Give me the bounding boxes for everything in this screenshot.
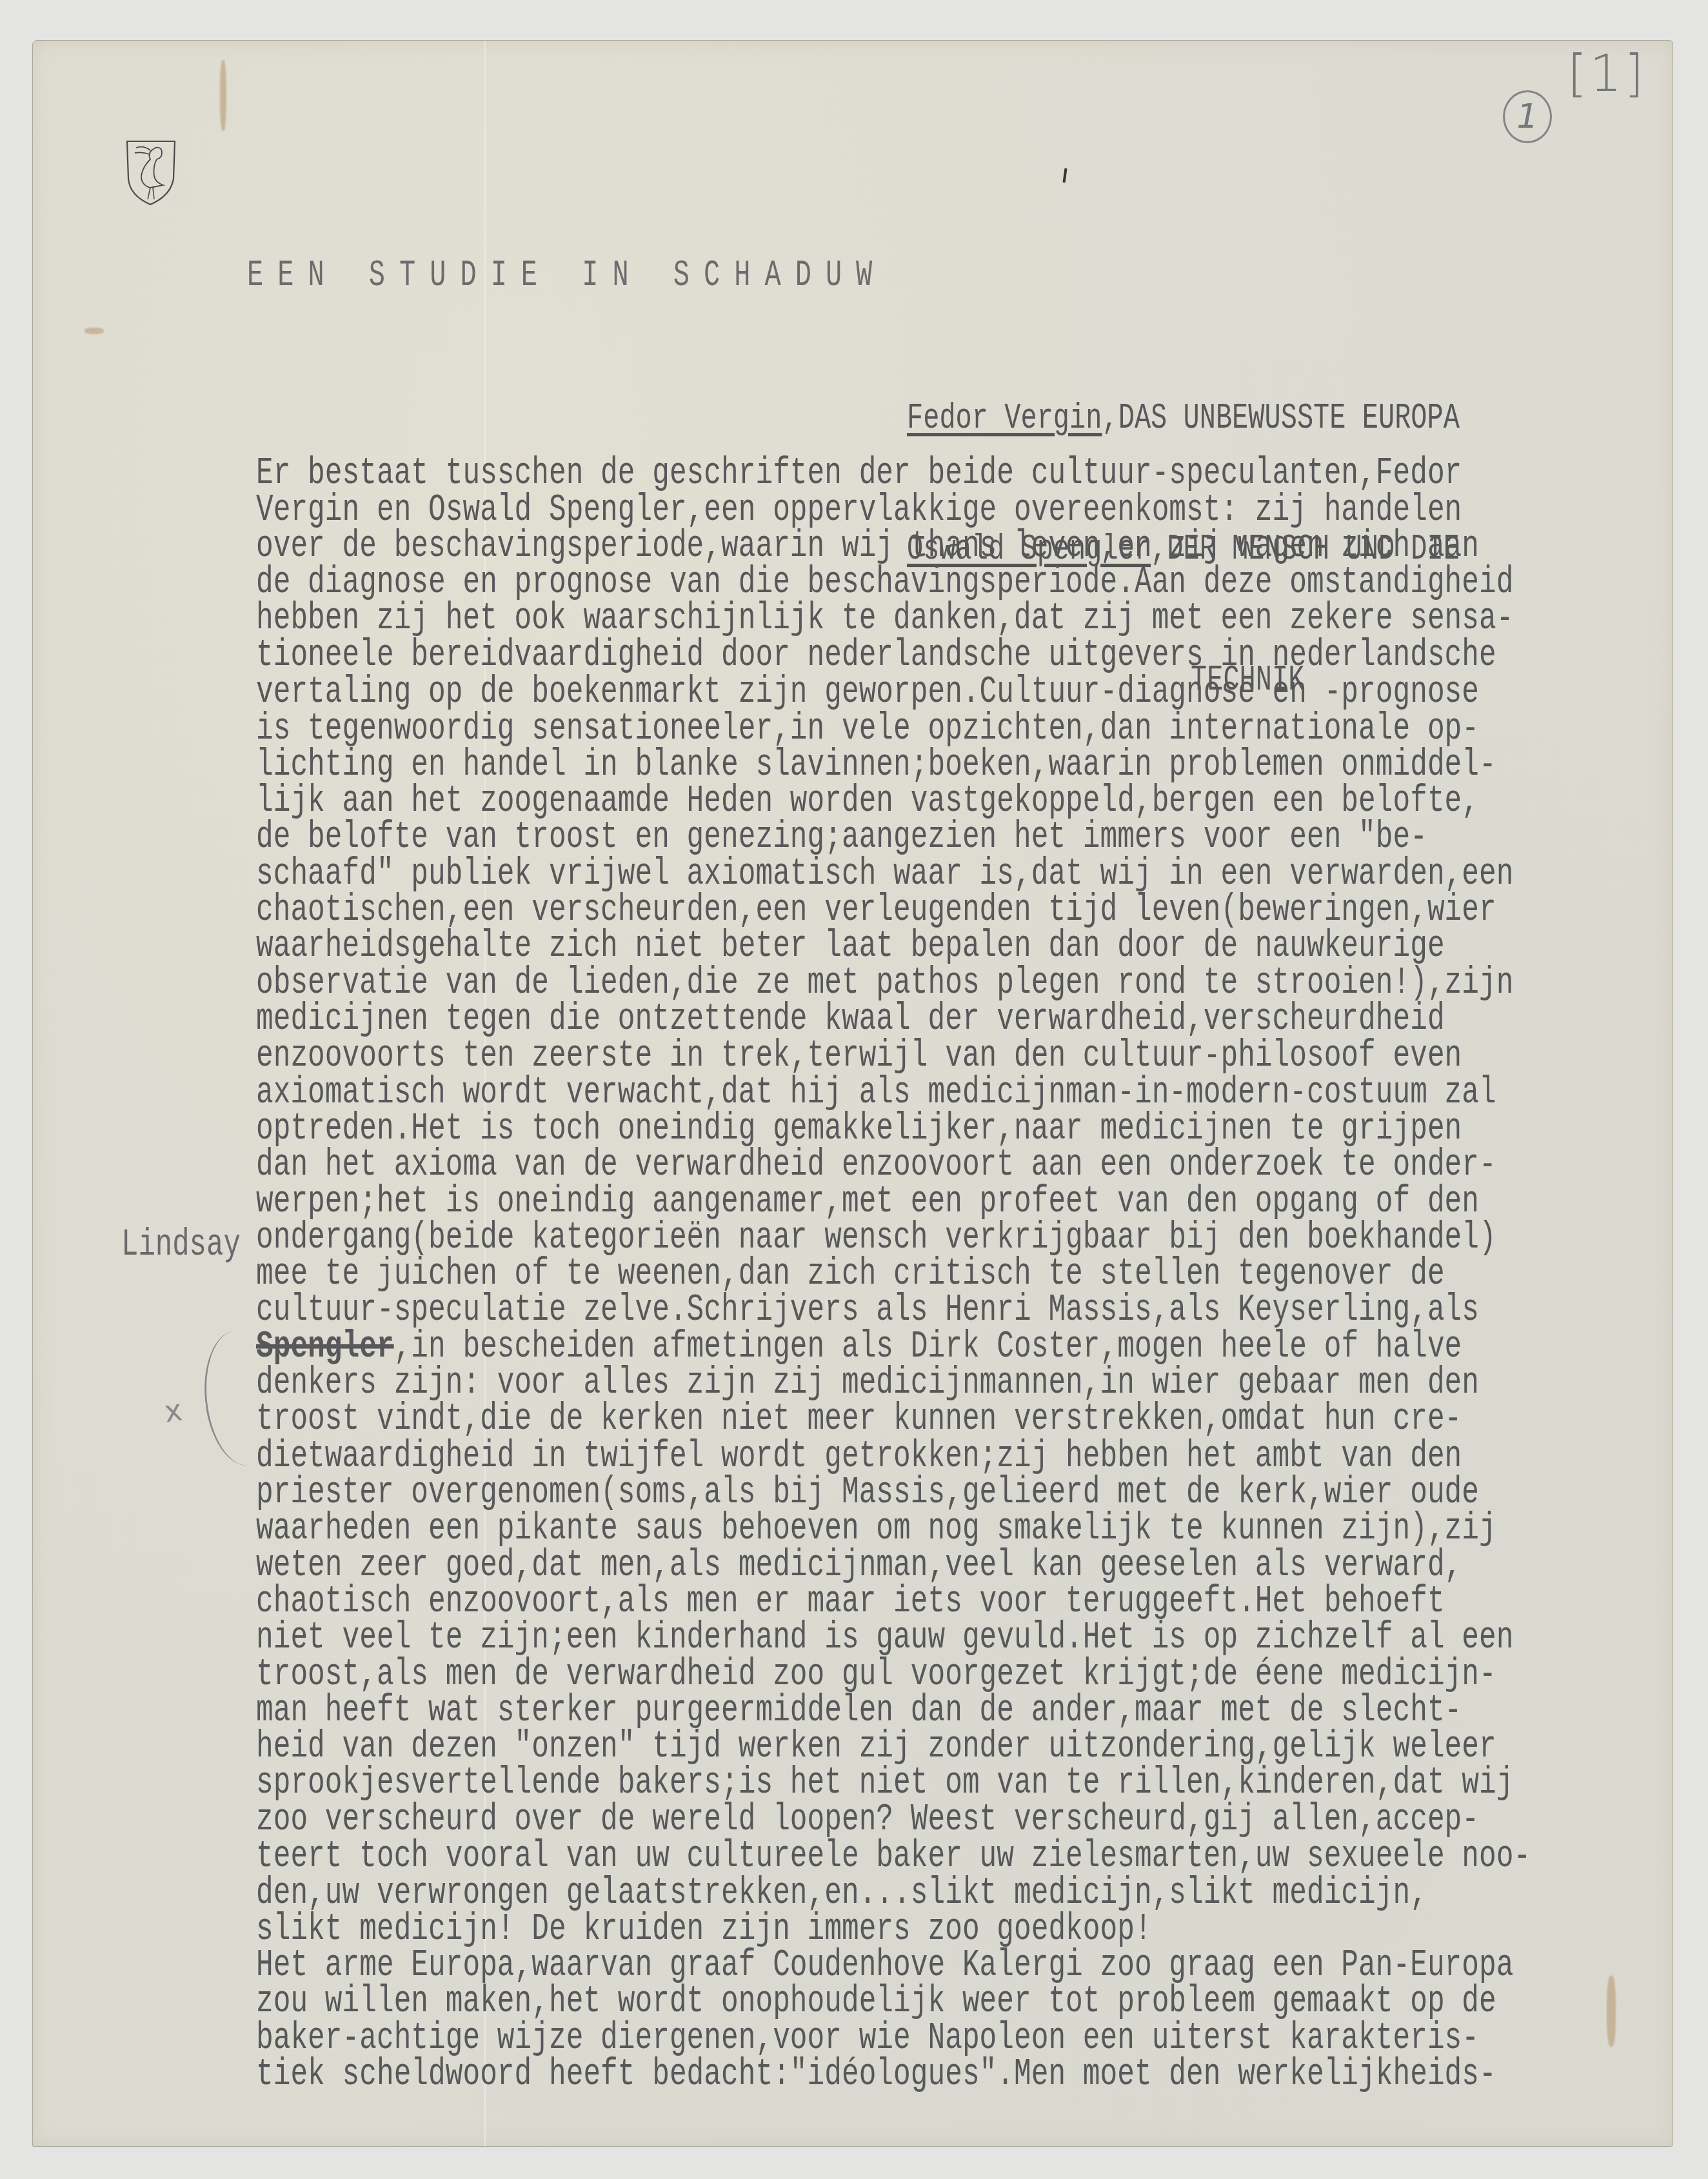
rust-stain xyxy=(84,328,104,334)
body-line: enzoovoorts ten zeerste in trek,terwijl … xyxy=(256,1031,1531,1068)
reference-work: DAS UNBEWUSSTE EUROPA xyxy=(1118,399,1460,439)
body-line: lijk aan het zoogenaamde Heden worden va… xyxy=(256,777,1531,813)
body-line: heid van dezen "onzen" tijd werken zij z… xyxy=(256,1723,1531,1759)
body-line: tiek scheldwoord heeft bedacht:"idéologu… xyxy=(256,2051,1531,2087)
margin-note: Lindsay xyxy=(121,1224,241,1267)
body-line: troost,als men de verwardheid zoo gul vo… xyxy=(256,1650,1531,1686)
body-line: Vergin en Oswald Spengler,een oppervlakk… xyxy=(256,486,1531,522)
body-line: teert toch vooral van uw cultureele bake… xyxy=(256,1832,1531,1868)
body-line: dan het axioma van de verwardheid enzoov… xyxy=(256,1141,1531,1177)
page-number-circled: 1 xyxy=(1503,90,1552,143)
rust-stain xyxy=(220,60,226,131)
reference-author: Fedor Vergin xyxy=(907,399,1102,439)
body-line: Het arme Europa,waarvan graaf Coudenhove… xyxy=(256,1942,1531,1978)
body-line: hebben zij het ook waarschijnlijk te dan… xyxy=(256,595,1531,632)
body-line: mee te juichen of te weenen,dan zich cri… xyxy=(256,1250,1531,1286)
body-line: Er bestaat tusschen de geschriften der b… xyxy=(256,450,1531,486)
body-line: priester overgenomen(soms,als bij Massis… xyxy=(256,1468,1531,1504)
body-line: dietwaardigheid in twijfel wordt getrokk… xyxy=(256,1432,1531,1468)
body-line: ondergang(beide kategorieën naar wensch … xyxy=(256,1214,1531,1250)
body-line: schaafd" publiek vrijwel axiomatisch waa… xyxy=(256,850,1531,886)
body-line: observatie van de lieden,die ze met path… xyxy=(256,959,1531,995)
body-line: cultuur-speculatie zelve.Schrijvers als … xyxy=(256,1286,1531,1322)
body-line: den,uw verwrongen gelaatstrekken,en...sl… xyxy=(256,1869,1531,1905)
body-line: denkers zijn: voor alles zijn zij medici… xyxy=(256,1359,1531,1395)
body-line: werpen;het is oneindig aangenamer,met ee… xyxy=(256,1177,1531,1213)
body-line: lichting en handel in blanke slavinnen;b… xyxy=(256,741,1531,777)
body-line: chaotisch enzoovoort,als men er maar iet… xyxy=(256,1578,1531,1614)
ink-mark xyxy=(1062,168,1067,183)
body-line: is tegenwoordig sensationeeler,in vele o… xyxy=(256,704,1531,741)
body-line: de diagnose en prognose van die beschavi… xyxy=(256,559,1531,595)
body-line: zou willen maken,het wordt onophoudelijk… xyxy=(256,1978,1531,2014)
body-line: niet veel te zijn;een kinderhand is gauw… xyxy=(256,1614,1531,1650)
document-title: EEN STUDIE IN SCHADUW xyxy=(247,255,886,297)
body-text: Er bestaat tusschen de geschriften der b… xyxy=(256,450,1531,2087)
body-line: waarheidsgehalte zich niet beter laat be… xyxy=(256,922,1531,959)
rust-stain xyxy=(1607,1976,1616,2047)
body-line: man heeft wat sterker purgeermiddelen da… xyxy=(256,1687,1531,1723)
body-line: vertaling op de boekenmarkt zijn geworpe… xyxy=(256,668,1531,704)
body-line: optreden.Het is toch oneindig gemakkelij… xyxy=(256,1104,1531,1140)
body-line: axiomatisch wordt verwacht,dat hij als m… xyxy=(256,1068,1531,1104)
body-line: de belofte van troost en genezing;aangez… xyxy=(256,813,1531,850)
body-line: tioneele bereidvaardigheid door nederlan… xyxy=(256,632,1531,668)
body-line: chaotischen,een verscheurden,een verleug… xyxy=(256,886,1531,922)
reference-line: Fedor Vergin,DAS UNBEWUSSTE EUROPA xyxy=(907,397,1460,441)
body-line: medicijnen tegen die ontzettende kwaal d… xyxy=(256,995,1531,1031)
body-line: waarheden een pikante saus behoeven om n… xyxy=(256,1505,1531,1541)
page-number-bracketed: [1] xyxy=(1567,45,1647,103)
body-line: baker-achtige wijze diergenen,voor wie N… xyxy=(256,2014,1531,2050)
body-line: zoo verscheurd over de wereld loopen? We… xyxy=(256,1796,1531,1832)
heraldic-bird-logo-icon xyxy=(124,140,177,206)
body-line: troost vindt,die de kerken niet meer kun… xyxy=(256,1396,1531,1432)
body-line: Spengler,in bescheiden afmetingen als Di… xyxy=(256,1323,1531,1359)
body-line: over de beschavingsperiode,waarin wij th… xyxy=(256,522,1531,559)
body-line: sprookjesvertellende bakers;is het niet … xyxy=(256,1760,1531,1796)
body-line: weten zeer goed,dat men,als medicijnman,… xyxy=(256,1541,1531,1577)
